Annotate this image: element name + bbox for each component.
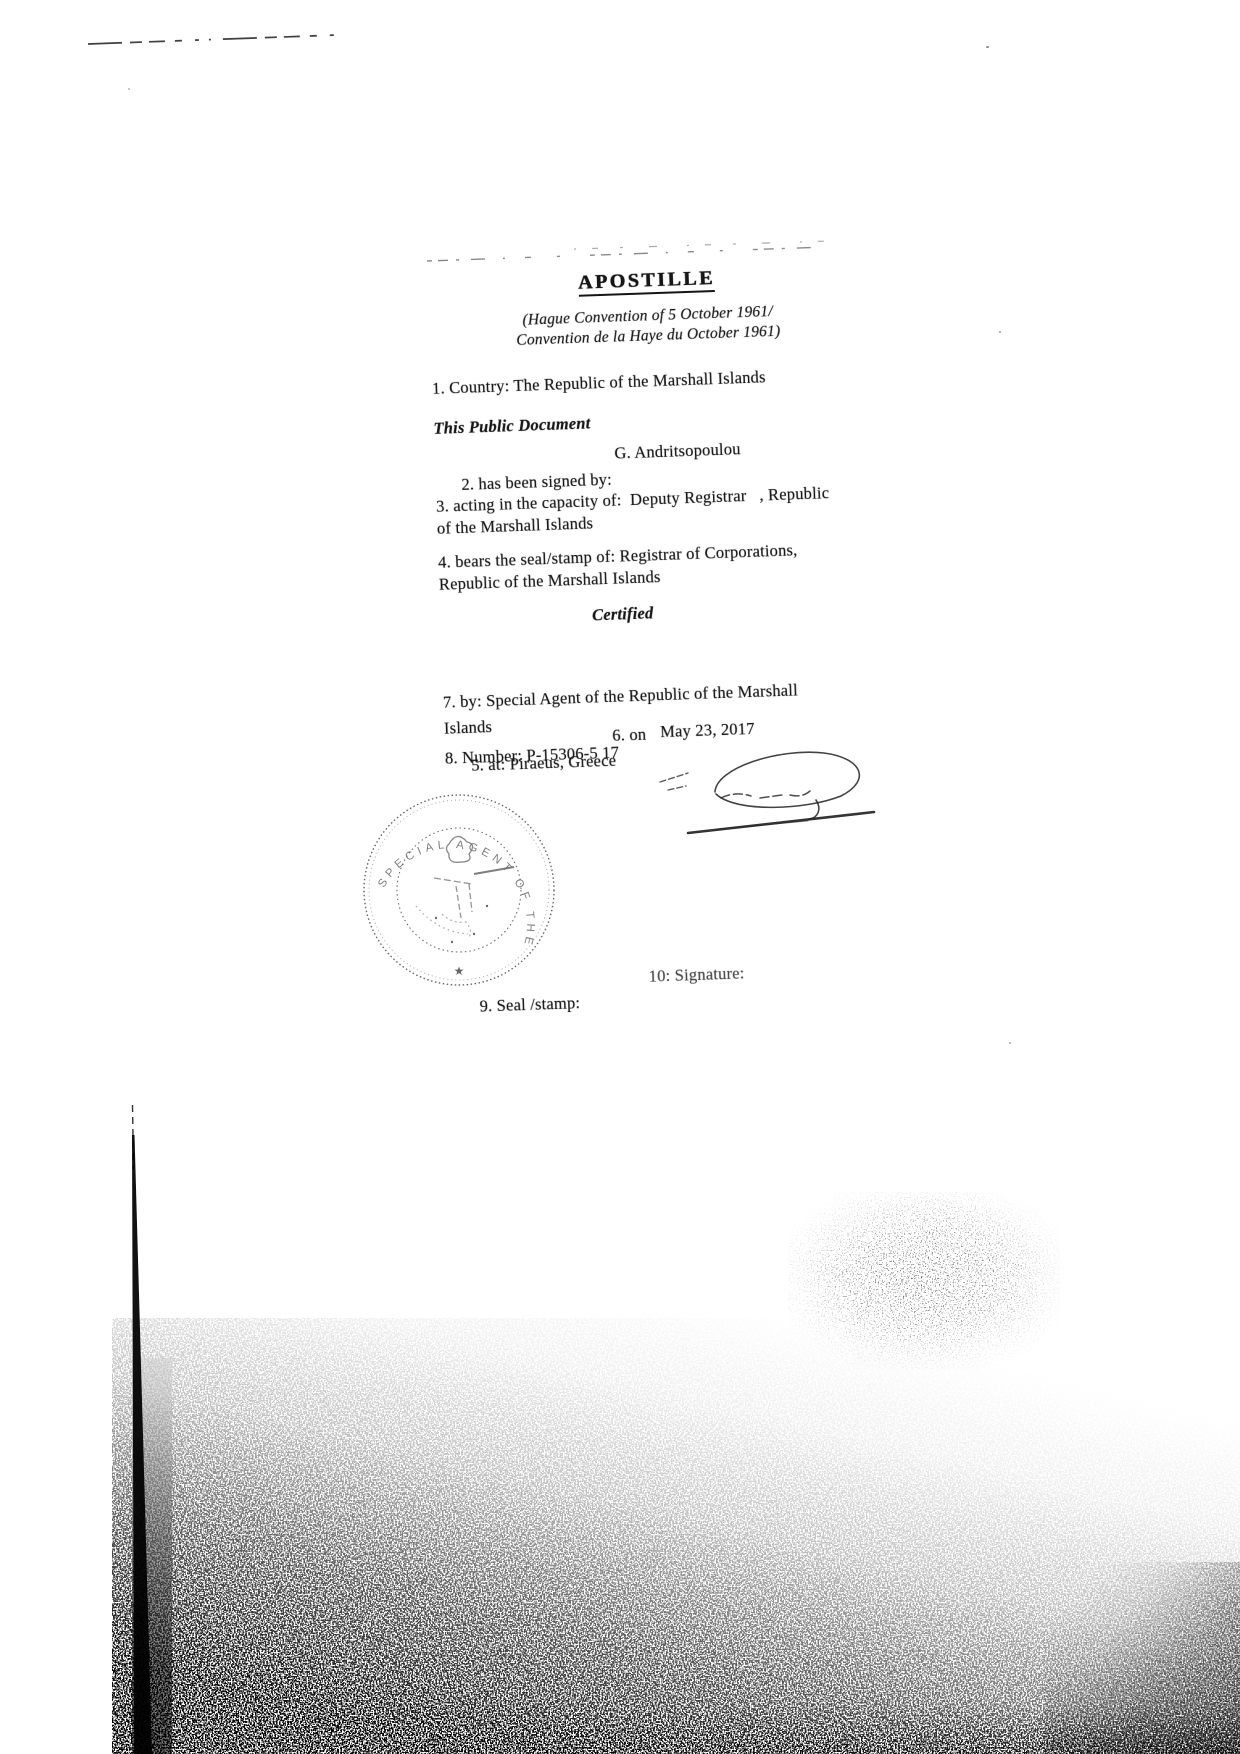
item-signature-label: 10: Signature: — [648, 962, 745, 986]
scan-noise-bottom-right — [1044, 1562, 1240, 1754]
seal-star-icon: ★ — [454, 964, 465, 978]
svg-text:SPECIAL AGENT OF THE: SPECIAL AGENT OF THE — [376, 839, 536, 950]
scanned-apostille-page: APOSTILLE (Hague Convention of 5 October… — [0, 0, 1240, 1754]
seal-ring-text: SPECIAL AGENT OF THE — [376, 839, 536, 950]
section-heading: This Public Document — [433, 403, 869, 439]
signature-scribble — [600, 740, 900, 850]
item-country: 1. Country: The Republic of the Marshall… — [432, 363, 868, 399]
item-signed-by-value: G. Andritsopoulou — [614, 438, 741, 464]
scan-speck — [986, 46, 989, 48]
scan-speck — [128, 88, 130, 90]
special-agent-seal: SPECIAL AGENT OF THE ★ — [356, 786, 562, 998]
scan-speck — [999, 331, 1001, 333]
scan-noise-right-patch — [788, 1192, 1060, 1370]
scan-speck — [1009, 1042, 1011, 1044]
scan-artifact-dash-line — [85, 28, 350, 52]
document-title: APOSTILLE — [428, 261, 865, 302]
certified-heading: Certified — [592, 602, 654, 625]
